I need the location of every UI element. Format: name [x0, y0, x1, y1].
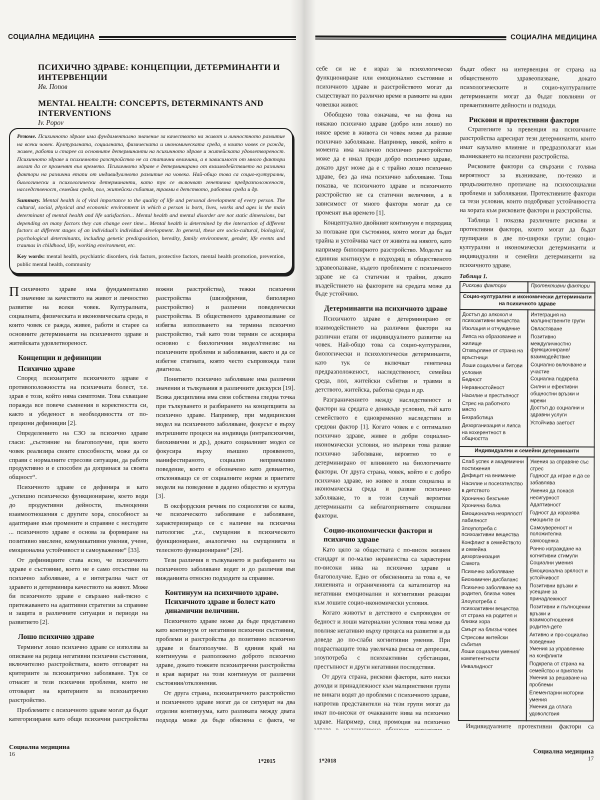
paragraph: Разграничението между наследственост и ф… [315, 397, 451, 523]
resume-text: Психичното здраве има фундаментално знач… [17, 134, 285, 193]
right-page-header: СОЦИАЛНА МЕДИЦИНА [315, 34, 597, 42]
table-row: Слаб успех и академични постиженияДефици… [458, 457, 594, 721]
table-item: Дезорганизация и липса на кохерентност в… [462, 423, 525, 443]
paragraph: Като цяло за обществата с по-висок жизне… [314, 546, 450, 609]
table-item: Умения да отлага удоволствия [529, 705, 591, 719]
abstract-summary: Summary. Mental health is of vital impor… [17, 198, 285, 251]
table-item: Липса на образование и жилище [462, 334, 525, 348]
paragraph-text: сихичното здраве има фундаментално значе… [9, 286, 148, 347]
table-item: Изолация и отчуждение [462, 326, 525, 333]
table-item: Ранно изграждане на когнитивни стимули [530, 546, 592, 560]
table-caption: Таблица 1. [459, 274, 595, 280]
table-item: Подкрепа от страна на семейство и прияте… [529, 661, 591, 675]
section-heading: Социо-икономически фактори и психично зд… [314, 526, 450, 545]
summary-text: Mental health is of vital importance to … [17, 198, 285, 250]
table-item: Насилие и престъпност [462, 393, 525, 400]
section-heading: Детерминанти на психичното здраве [315, 304, 451, 314]
section-heading: Лошо психично здраве [9, 632, 148, 641]
footer-journal-name: Социална медицина [533, 748, 594, 755]
table-item: Лоши социални и битови условия [462, 363, 525, 377]
table-item: Силни и ефективни общностни връзки и мре… [530, 384, 592, 404]
section-heading: Рискови и протективни фактори [460, 115, 596, 125]
table-section-title: Социо-културални и икономически детермин… [460, 292, 595, 310]
paragraph: Терминът лошо психично здраве се използв… [9, 644, 148, 707]
table-item: Позитивно междуличностно функциониране/в… [530, 334, 592, 361]
table-item: Насилие и посегателство в детството [462, 481, 525, 495]
table-item: Безработица [462, 415, 525, 422]
table-item: Самота [461, 561, 524, 568]
issue-number: 1*2015 [258, 759, 275, 765]
right-page: СОЦИАЛНА МЕДИЦИНА себе си не е израз за … [313, 0, 598, 800]
table-item: Лоши социални умения/компетентности [461, 649, 524, 663]
paragraph: Когато животът в детството е съпроводен … [314, 610, 450, 673]
table-item: Злоупотреба с психоактивни вещества [462, 526, 525, 540]
right-page-body: себе си не е израз за психологическо фун… [314, 66, 596, 731]
risk-factors-cell: Слаб успех и академични постиженияДефици… [458, 457, 527, 721]
article-author-bg: Ив. Попов [38, 84, 294, 91]
paragraph: Тези различия в тълкуването и разбиранет… [156, 557, 295, 584]
table-item: Хронично безсъние [462, 496, 525, 503]
right-page-column-2: бъдат обект на интервенция от страна на … [458, 66, 596, 730]
table-item: Стресови житейски събития [461, 635, 524, 649]
subsection-heading: Психично здраве [9, 364, 148, 373]
paragraph: От друга страна, психиатричното разстрой… [156, 690, 295, 724]
table-item: Позитивни и пълноценни връзки и взаимоот… [530, 604, 592, 631]
table-item: Слаб успех и академични постижения [462, 459, 525, 473]
resume-label: Резюме. [17, 134, 36, 140]
article-author-en: Iv. Popov [38, 120, 294, 127]
table-section-row: Социо-културални и икономически детермин… [460, 292, 595, 310]
paragraph: бъдат обект на интервенция от страна на … [460, 66, 596, 111]
table-item: Годност да играе и да се забавлява [530, 474, 592, 488]
table-header-risk: Рискови фактори [460, 281, 528, 292]
table-item: Емоционална незрялост/лабилност [462, 511, 525, 525]
journal-name: СОЦИАЛНА МЕДИЦИНА [510, 34, 597, 41]
article-title-block: ПСИХИЧНО ЗДРАВЕ: КОНЦЕПЦИИ, ДЕТЕРМИНАНТИ… [38, 62, 294, 134]
summary-label: Summary. [17, 198, 41, 204]
table-section-row: Индивидуални и семейни детерминанти [459, 446, 594, 457]
paragraph: Психичното здраве се дефинира и като „ус… [9, 484, 148, 556]
article-title-bg: ПСИХИЧНО ЗДРАВЕ: КОНЦЕПЦИИ, ДЕТЕРМИНАНТИ… [38, 62, 294, 82]
paragraph: Определението на СЗО за психично здраве … [9, 430, 148, 484]
table-item: Достъп до социални и здравни услуги [530, 406, 592, 420]
risk-protective-factors-table: Рискови фактори Протективни фактори Соци… [458, 281, 596, 722]
risk-factors-cell: Достъп до алкохол и психоактивни веществ… [459, 310, 528, 447]
table-section-title: Индивидуални и семейни детерминанти [459, 446, 594, 457]
table-item: Елементарни моторни умения [529, 690, 591, 704]
table-item: Социални умения [530, 561, 592, 568]
table-item: Социална подкрепа [530, 377, 592, 384]
paragraph: Проблемите с психичното здраве могат да … [9, 707, 148, 724]
scanned-journal-spread: СОЦИАЛНА МЕДИЦИНА ПСИХИЧНО ЗДРАВЕ: КОНЦЕ… [0, 0, 600, 800]
journal-name: СОЦИАЛНА МЕДИЦИНА [8, 34, 95, 41]
table-item: Смърт на близък човек [461, 627, 524, 634]
paragraph: вожни разстройства), тежки психични разс… [156, 286, 295, 375]
paragraph: Стратегиите за превенция на психичните р… [460, 126, 596, 162]
table-item: Инвалидност [461, 664, 524, 671]
keywords-label: Key words: [17, 254, 45, 260]
table-item: Адаптивност [530, 503, 592, 510]
table-header-row: Рискови фактори Протективни фактори [460, 281, 595, 292]
left-page-header: СОЦИАЛНА МЕДИЦИНА [8, 34, 296, 41]
header-double-rule [315, 35, 506, 40]
table-row: Достъп до алкохол и психоактивни веществ… [459, 310, 594, 447]
left-footer-journal: Социална медицина 16 [9, 744, 70, 758]
left-page-body: Психичното здраве има фундаментално знач… [9, 286, 295, 724]
paragraph: себе си не е израз за психологическо фун… [316, 66, 452, 111]
paragraph: Понятието психично заболяване има различ… [156, 376, 295, 501]
table-item: Неравностойност [462, 385, 525, 392]
table-item: Психично заболяване [461, 569, 524, 576]
table-item: Стрес на работното място [462, 401, 525, 415]
left-page-column-1: Психичното здраве има фундаментално знач… [9, 286, 148, 724]
article-title-en: MENTAL HEALTH: CONCEPTS, DETERMINANTS AN… [38, 98, 294, 118]
table-item: Активно и про-социално поведение [529, 632, 591, 646]
paragraph: Психичното здраве има фундаментално знач… [9, 286, 148, 349]
header-double-rule [99, 36, 296, 40]
paragraph: Психичното здраве може да бъде представе… [156, 618, 295, 690]
page-number: 17 [533, 756, 594, 762]
page-number: 16 [9, 752, 70, 758]
table-item: Бедност [462, 377, 525, 384]
table-item: Годност да изразява емоциите си [530, 510, 592, 524]
table-item: Конфликт в семейството и семейна дезорга… [461, 540, 524, 560]
table-item: Дефицит на внимание [462, 473, 525, 480]
table-item: Отхвърляне от страна на връстници [462, 348, 525, 362]
paragraph: Концептуално двойният континуум е подход… [315, 219, 451, 300]
table-item: Самоувереност и положителна самооценка [530, 525, 592, 545]
paragraph: Психичното здраве е детерминирано от вза… [315, 315, 451, 396]
table-item: Умения за справяне със стрес [530, 459, 592, 473]
table-item: Злоупотреба с психоактивни вещества от с… [461, 599, 524, 626]
drop-cap: П [9, 286, 21, 298]
section-heading: Концепции и дефиниции [9, 353, 148, 362]
abstract-box: Резюме. Психичното здраве има фундамента… [9, 128, 293, 274]
table-item: Устойчива заетост [530, 420, 592, 427]
paragraph: Таблица 1 показва различните рискови и п… [459, 217, 595, 271]
left-page: СОЦИАЛНА МЕДИЦИНА ПСИХИЧНО ЗДРАВЕ: КОНЦЕ… [8, 0, 296, 800]
table-item: Биохимичен дисбаланс [461, 577, 524, 584]
paragraph: Индивидуалните протективни фактори са ид… [458, 723, 594, 730]
table-item: Овластяване [531, 326, 593, 333]
paragraph: От друга страна, рискови фактори, като н… [314, 673, 450, 730]
table-item: Социално включване и участие [530, 362, 592, 376]
right-page-column-1: себе си не е израз за психологическо фун… [314, 66, 452, 730]
protective-factors-cell: Интеграция на малцинствените групиОвласт… [528, 310, 595, 447]
abstract-resume: Резюме. Психичното здраве има фундамента… [17, 134, 285, 195]
table-item: Интеграция на малцинствените групи [531, 312, 593, 326]
paragraph: От дефинициите става ясно, че психичното… [9, 557, 148, 629]
footer-journal-name: Социална медицина [9, 744, 70, 751]
right-footer-journal: Социална медицина 17 [533, 748, 594, 762]
table-item: Умения да понася несигурност [530, 488, 592, 502]
table-item: Достъп до алкохол и психоактивни веществ… [462, 312, 525, 326]
table-item: Хронична болка [462, 503, 525, 510]
table-item: Емоционална зрялост и устойчивост [530, 568, 592, 582]
table-item: Психично заболяване на родител, близък ч… [461, 585, 524, 599]
issue-number: 1*2018 [319, 759, 336, 765]
paragraph: Рисковите фактори са свързани с голяма в… [460, 163, 596, 217]
protective-factors-cell: Умения за справяне със стресГодност да и… [527, 457, 595, 721]
section-heading: Континуум на психичното здраве. Психично… [156, 588, 295, 616]
table-item: Позитивни връзки и усещане за принадлежн… [530, 583, 592, 603]
paragraph: Според психиатрите психичното здраве е п… [9, 375, 148, 429]
table-header-protective: Протективни фактори [528, 282, 595, 293]
paragraph: В оксфордския речник по социология се ка… [156, 503, 295, 557]
paragraph: Обобщено това означава, че на фона на ня… [316, 111, 452, 219]
table-item: Умения за решаване на проблеми [529, 676, 591, 690]
abstract-keywords: Key words: mental health, psychiatric di… [17, 254, 285, 269]
left-page-column-2: вожни разстройства), тежки психични разс… [156, 286, 295, 724]
table-item: Умения за управление на конфликти [529, 647, 591, 661]
keywords-text: mental health, psychiatric disorders, ri… [17, 254, 285, 268]
